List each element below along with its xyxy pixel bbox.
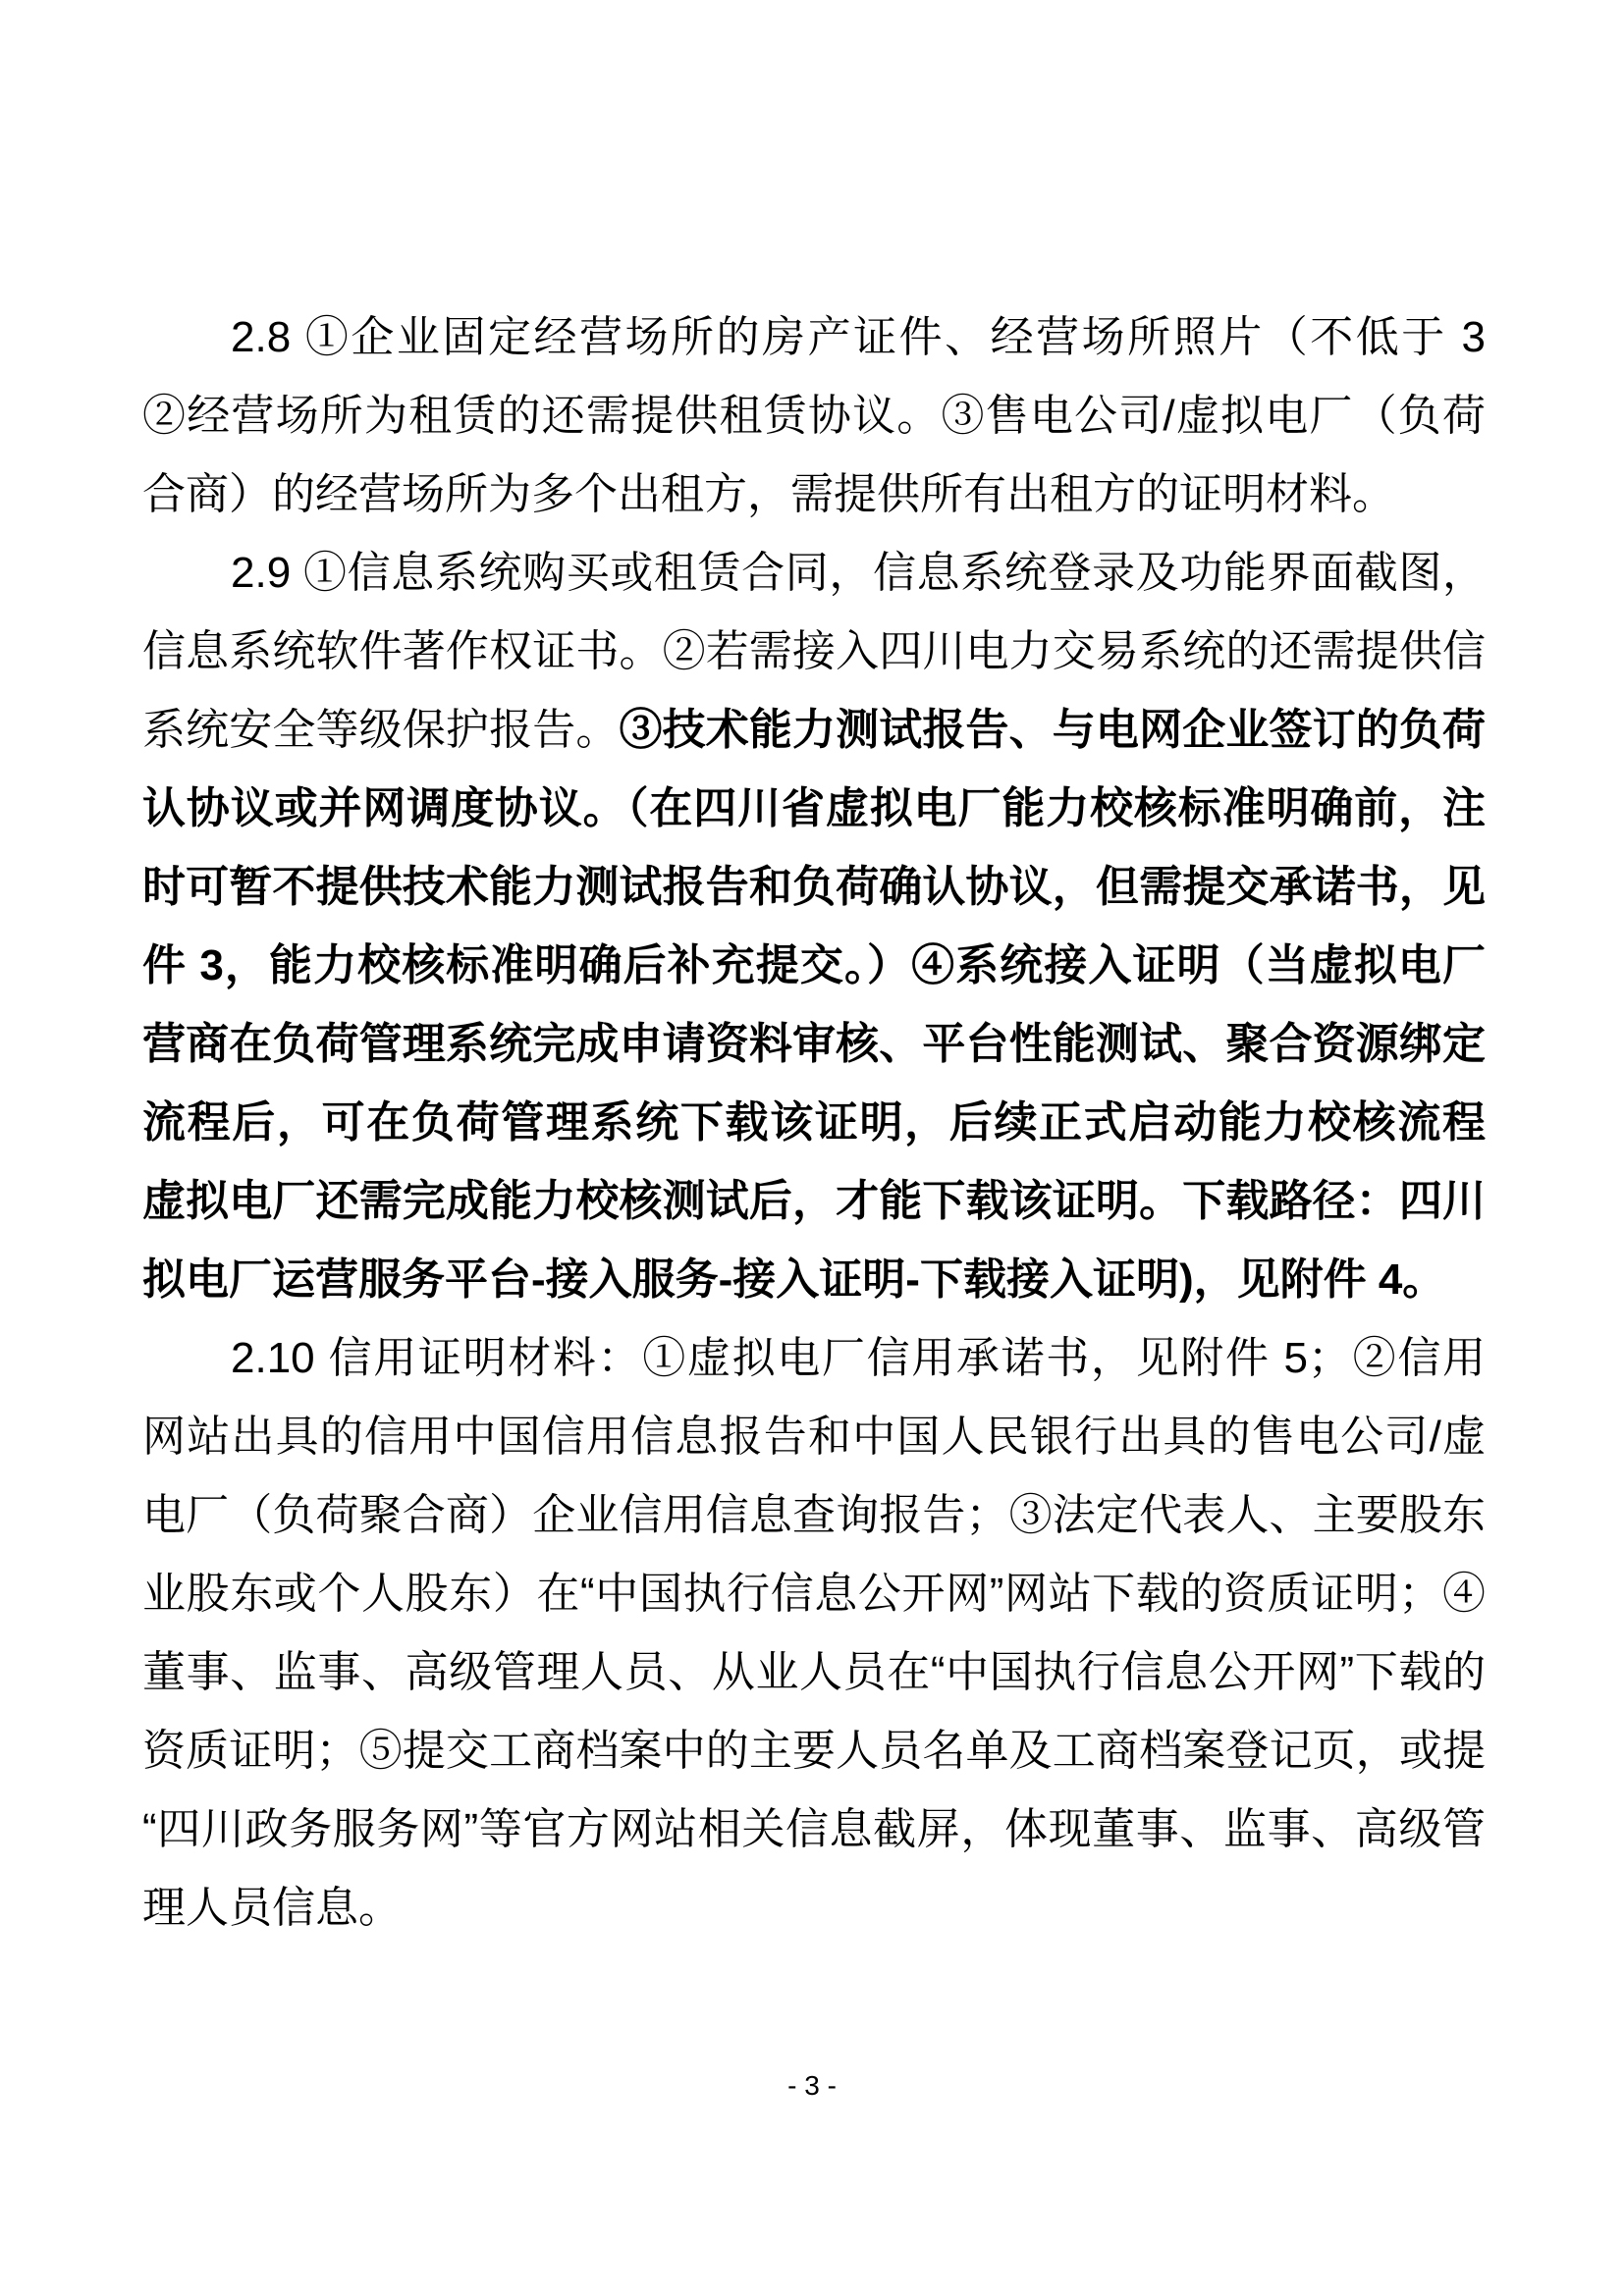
text-segment: 网站出具的信用中国信用信息报告和中国人民银行出具的售电公司/虚拟 bbox=[142, 1413, 1486, 1476]
text-line: 拟电厂运营服务平台-接入服务-接入证明-下载接入证明)，见附件 4。 bbox=[142, 1241, 1486, 1319]
text-line: 2.9 ①信息系统购买或租赁合同，信息系统登录及功能界面截图， bbox=[142, 534, 1486, 613]
text-line: 流程后，可在负荷管理系统下载该证明，后续正式启动能力校核流程后， bbox=[142, 1084, 1486, 1162]
text-line: 2.8 ①企业固定经营场所的房产证件、经营场所照片（不低于 3 张）。 bbox=[142, 298, 1486, 377]
text-line: 网站出具的信用中国信用信息报告和中国人民银行出具的售电公司/虚拟 bbox=[142, 1398, 1486, 1476]
text-line: “四川政务服务网”等官方网站相关信息截屏，体现董事、监事、高级管 bbox=[142, 1790, 1486, 1869]
text-line: 虚拟电厂还需完成能力校核测试后，才能下载该证明。下载路径：四川虚 bbox=[142, 1162, 1486, 1241]
text-line: 业股东或个人股东）在“中国执行信息公开网”网站下载的资质证明；④ bbox=[142, 1555, 1486, 1633]
bold-text-segment: 营商在负荷管理系统完成申请资料审核、平台性能测试、聚合资源绑定等 bbox=[142, 1020, 1486, 1084]
document-page: 2.8 ①企业固定经营场所的房产证件、经营场所照片（不低于 3 张）。②经营场所… bbox=[0, 0, 1624, 2296]
text-segment: 理人员信息。 bbox=[142, 1884, 402, 1932]
text-line: 董事、监事、高级管理人员、从业人员在“中国执行信息公开网”下载的 bbox=[142, 1633, 1486, 1712]
text-segment: 资质证明；⑤提交工商档案中的主要人员名单及工商档案登记页，或提交 bbox=[142, 1727, 1486, 1790]
text-line: ②经营场所为租赁的还需提供租赁协议。③售电公司/虚拟电厂（负荷聚 bbox=[142, 377, 1486, 455]
bold-text-segment: 拟电厂运营服务平台-接入服务-接入证明-下载接入证明)，见附件 4。 bbox=[142, 1255, 1445, 1304]
bold-text-segment: 件 3，能力校核标准明确后补充提交。）④系统接入证明（当虚拟电厂运 bbox=[142, 941, 1486, 1005]
bold-text-segment: 虚拟电厂还需完成能力校核测试后，才能下载该证明。下载路径：四川虚 bbox=[142, 1177, 1486, 1241]
text-line: 营商在负荷管理系统完成申请资料审核、平台性能测试、聚合资源绑定等 bbox=[142, 1005, 1486, 1084]
text-line: 系统安全等级保护报告。③技术能力测试报告、与电网企业签订的负荷确 bbox=[142, 691, 1486, 770]
text-line: 时可暂不提供技术能力测试报告和负荷确认协议，但需提交承诺书，见附 bbox=[142, 848, 1486, 927]
text-line: 信息系统软件著作权证书。②若需接入四川电力交易系统的还需提供信息 bbox=[142, 613, 1486, 691]
text-segment: 系统安全等级保护报告。 bbox=[142, 706, 619, 754]
text-segment: 2.8 ①企业固定经营场所的房产证件、经营场所照片（不低于 3 张）。 bbox=[231, 313, 1486, 377]
bold-text-segment: 时可暂不提供技术能力测试报告和负荷确认协议，但需提交承诺书，见附 bbox=[142, 863, 1486, 927]
text-segment: 电厂（负荷聚合商）企业信用信息查询报告；③法定代表人、主要股东（企 bbox=[142, 1491, 1486, 1555]
text-segment: “四川政务服务网”等官方网站相关信息截屏，体现董事、监事、高级管 bbox=[142, 1805, 1486, 1853]
text-segment: 董事、监事、高级管理人员、从业人员在“中国执行信息公开网”下载的 bbox=[142, 1648, 1486, 1696]
text-line: 理人员信息。 bbox=[142, 1869, 1486, 1948]
text-segment: 信息系统软件著作权证书。②若需接入四川电力交易系统的还需提供信息 bbox=[142, 627, 1486, 691]
text-line: 件 3，能力校核标准明确后补充提交。）④系统接入证明（当虚拟电厂运 bbox=[142, 927, 1486, 1005]
text-segment: 2.9 ①信息系统购买或租赁合同，信息系统登录及功能界面截图， bbox=[231, 549, 1486, 597]
text-line: 认协议或并网调度协议。（在四川省虚拟电厂能力校核标准明确前，注册 bbox=[142, 770, 1486, 848]
text-line: 资质证明；⑤提交工商档案中的主要人员名单及工商档案登记页，或提交 bbox=[142, 1712, 1486, 1790]
text-line: 2.10 信用证明材料：①虚拟电厂信用承诺书，见附件 5；②信用中国 bbox=[142, 1319, 1486, 1398]
bold-text-segment: 认协议或并网调度协议。（在四川省虚拟电厂能力校核标准明确前，注册 bbox=[142, 784, 1486, 848]
text-segment: 2.10 信用证明材料：①虚拟电厂信用承诺书，见附件 5；②信用中国 bbox=[231, 1334, 1486, 1398]
document-body: 2.8 ①企业固定经营场所的房产证件、经营场所照片（不低于 3 张）。②经营场所… bbox=[142, 298, 1486, 1948]
text-segment: 业股东或个人股东）在“中国执行信息公开网”网站下载的资质证明；④ bbox=[142, 1570, 1486, 1618]
text-segment: ②经营场所为租赁的还需提供租赁协议。③售电公司/虚拟电厂（负荷聚 bbox=[142, 392, 1486, 455]
text-line: 电厂（负荷聚合商）企业信用信息查询报告；③法定代表人、主要股东（企 bbox=[142, 1476, 1486, 1555]
bold-text-segment: 流程后，可在负荷管理系统下载该证明，后续正式启动能力校核流程后， bbox=[142, 1098, 1486, 1162]
text-line: 合商）的经营场所为多个出租方，需提供所有出租方的证明材料。 bbox=[142, 455, 1486, 534]
page-number: - 3 - bbox=[0, 2066, 1624, 2106]
text-segment: 合商）的经营场所为多个出租方，需提供所有出租方的证明材料。 bbox=[142, 470, 1395, 518]
